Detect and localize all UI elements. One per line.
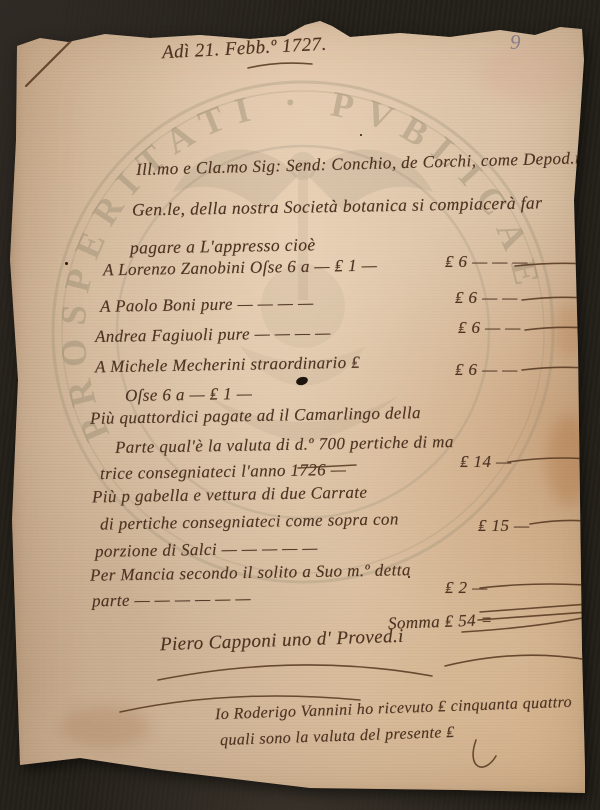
entry-desc: Oſse 6 a — ₤ 1 — [125, 384, 253, 406]
entry-desc: trice consegniateci l'anno 1726 — [100, 460, 347, 484]
salutation-line: Ill.mo e Cla.mo Sig: Send: Conchio, de C… [136, 148, 596, 180]
pencil-archive-number: 9 [510, 30, 521, 55]
entry-desc: di pertiche consegniateci come sopra con [100, 509, 399, 534]
ink-speck [65, 262, 68, 265]
ink-blot [295, 376, 309, 387]
entry-amount: ₤ 2 — [445, 578, 488, 598]
entry-desc: Più quattordici pagate ad il Camarlingo … [90, 403, 421, 429]
folio-number: 594. [23, 21, 52, 40]
manuscript-page: PROSPERITATI · PVBLICAE 594. Adì [10, 16, 592, 798]
paper-stain [60, 706, 150, 748]
entry-amount: ₤ 15 — [478, 516, 530, 536]
date-line: Adì 21. Febb.º 1727. [162, 34, 328, 65]
paper-stain [546, 416, 590, 506]
ink-speck [360, 134, 362, 136]
entry-desc: Andrea Fagiuoli pure — — — — [95, 323, 331, 347]
ink-speck [408, 576, 410, 578]
receipt-line: Io Roderigo Vannini ho ricevuto ₤ cinqua… [215, 694, 573, 724]
receipt-line: quali sono la valuta del presente ₤ [220, 724, 455, 750]
salutation-line: pagare a L'appresso cioè [130, 234, 316, 258]
entry-amount: ₤ 6 — — [458, 318, 521, 338]
entry-desc: Parte qual'è la valuta di d.º 700 pertic… [115, 432, 454, 458]
entry-amount: ₤ 6 — — [455, 288, 518, 308]
entry-desc: A Paolo Boni pure — — — — [100, 293, 314, 317]
entry-desc: Per Mancia secondo il solito a Suo m.º d… [90, 560, 411, 586]
salutation-line: Gen.le, della nostra Società botanica si… [132, 192, 543, 220]
entry-desc: A Michele Mecherini straordinario ₤ [95, 353, 360, 378]
paper-stain [554, 302, 586, 358]
entry-desc: Più p gabella e vettura di due Carrate [92, 483, 368, 508]
paper-shadow-wrap: PROSPERITATI · PVBLICAE 594. Adì [0, 0, 600, 810]
entry-amount: ₤ 14 — [460, 452, 512, 472]
entry-desc: A Lorenzo Zanobini Oſse 6 a — ₤ 1 — [103, 256, 378, 281]
entry-amount: ₤ 6 — — [455, 360, 518, 380]
signature: Piero Capponi uno d' Proved.i [160, 626, 404, 656]
entry-desc: porzione di Salci — — — — — [95, 538, 318, 562]
entry-desc: parte — — — — — — [92, 589, 251, 612]
entry-amount: ₤ 6 — — — [445, 252, 528, 272]
paper-stain [480, 46, 580, 102]
photo-background: PROSPERITATI · PVBLICAE 594. Adì [0, 0, 600, 810]
